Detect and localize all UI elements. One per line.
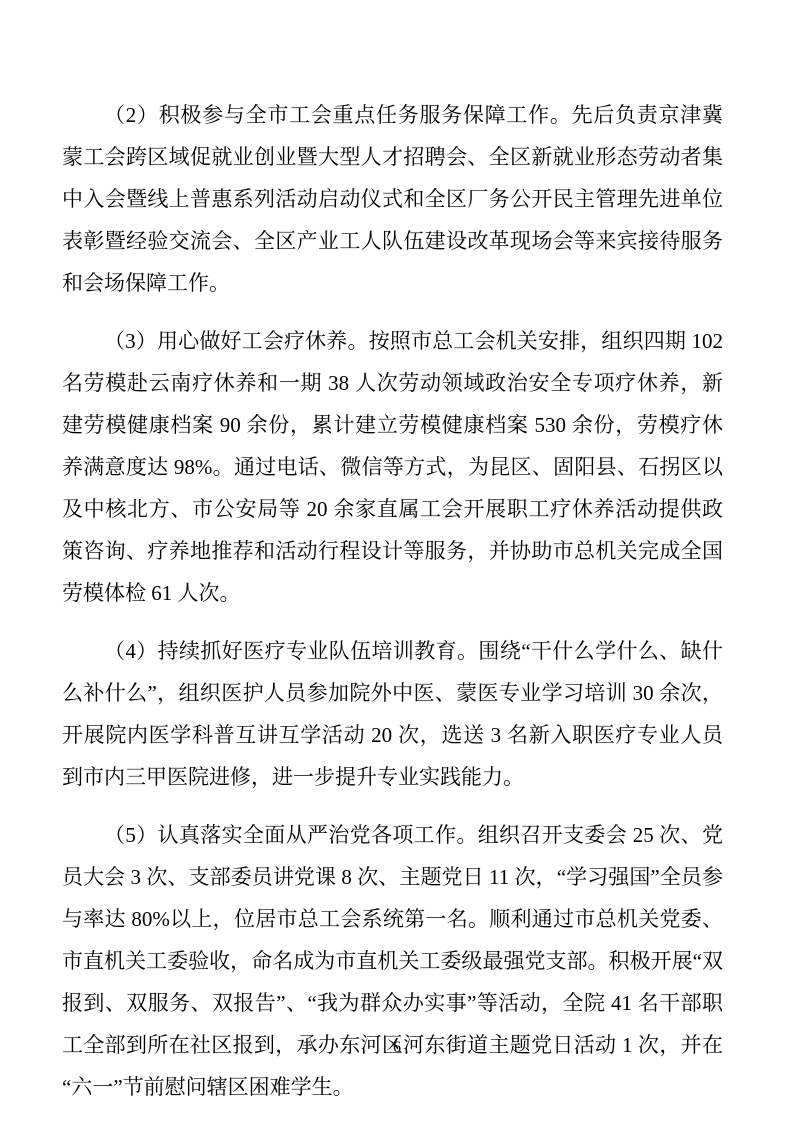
document-page: （2）积极参与全市工会重点任务服务保障工作。先后负责京津冀蒙工会跨区域促就业创业… bbox=[0, 0, 794, 1123]
paragraph-work-support: （2）积极参与全市工会重点任务服务保障工作。先后负责京津冀蒙工会跨区域促就业创业… bbox=[62, 94, 723, 304]
document-body: （2）积极参与全市工会重点任务服务保障工作。先后负责京津冀蒙工会跨区域促就业创业… bbox=[62, 94, 723, 1108]
page-number: 6 bbox=[0, 1038, 794, 1058]
paragraph-party-governance: （5）认真落实全面从严治党各项工作。组织召开支委会 25 次、党员大会 3 次、… bbox=[62, 814, 723, 1108]
paragraph-recuperation: （3）用心做好工会疗休养。按照市总工会机关安排，组织四期 102 名劳模赴云南疗… bbox=[62, 320, 723, 614]
paragraph-medical-training: （4）持续抓好医疗专业队伍培训教育。围绕“干什么学什么、缺什么补什么”，组织医护… bbox=[62, 630, 723, 798]
